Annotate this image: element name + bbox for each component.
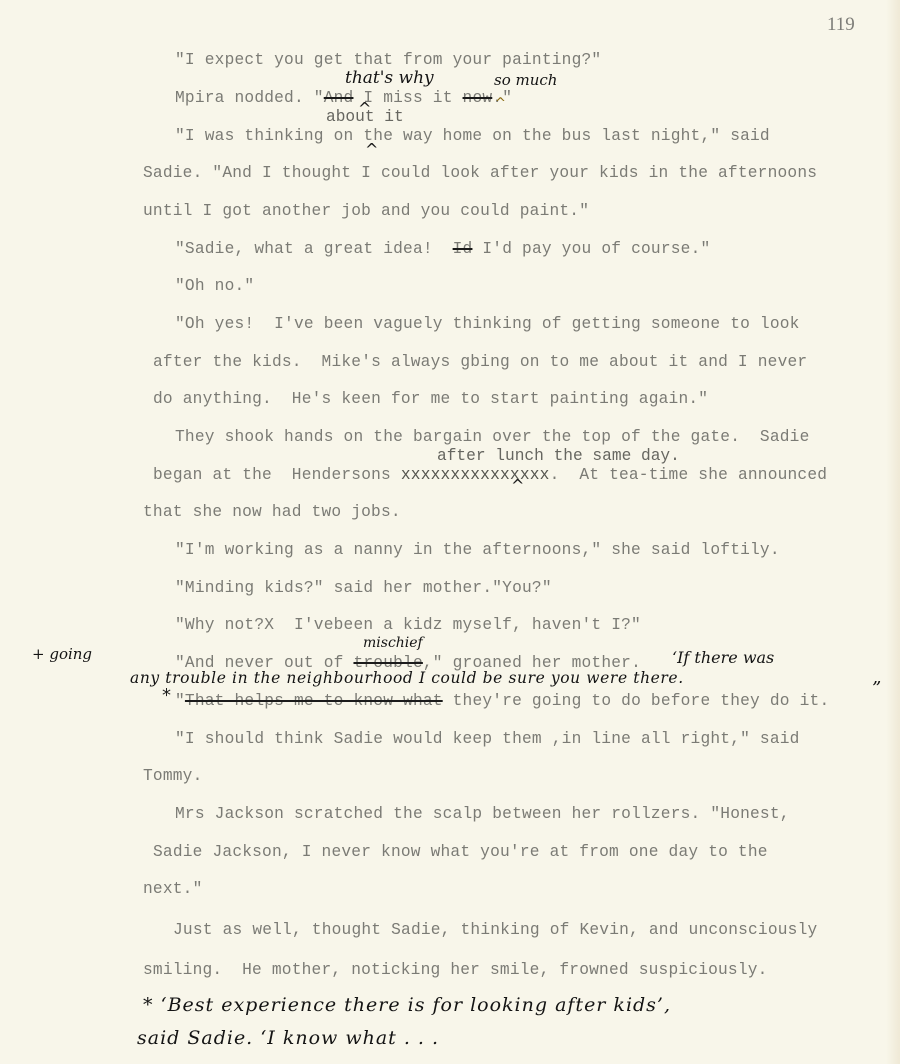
typed-line: Sadie Jackson, I never know what you're … — [153, 843, 768, 861]
typed-line: that she now had two jobs. — [143, 503, 401, 521]
struck-text: Id — [453, 240, 473, 258]
handwritten-insert-mischief: mischief — [363, 635, 423, 651]
typed-line: next." — [143, 880, 203, 898]
typed-line: "I'm working as a nanny in the afternoon… — [175, 541, 780, 559]
typed-line: They shook hands on the bargain over the… — [175, 428, 810, 446]
insertion-caret-icon: ^ — [511, 476, 524, 495]
typed-line: Tommy. — [143, 767, 203, 785]
page-edge-shadow — [886, 0, 900, 1064]
handwritten-insert-thats-why: that's why — [345, 68, 434, 88]
typed-line: "I was thinking on the way home on the b… — [175, 127, 770, 145]
struck-text: That helps me to know what — [185, 692, 443, 710]
asterisk-icon: * — [162, 685, 171, 706]
typed-insert-about-it: about it — [326, 108, 404, 126]
text-segment: Mpira nodded. " — [175, 89, 324, 107]
handwritten-insert-so-much: so much — [494, 71, 557, 89]
typed-line: Mrs Jackson scratched the scalp between … — [175, 805, 790, 823]
insertion-caret-icon: ^ — [365, 140, 378, 159]
typed-line: Mpira nodded. "And I miss it now." — [175, 89, 512, 107]
text-segment: "Sadie, what a great idea! — [175, 240, 453, 258]
typed-line: until I got another job and you could pa… — [143, 202, 589, 220]
typed-line: Sadie. "And I thought I could look after… — [143, 164, 817, 182]
handwritten-footer-line-2: said Sadie. ‘I know what . . . — [137, 1027, 439, 1049]
typed-line: smiling. He mother, noticking her smile,… — [143, 961, 768, 979]
text-segment: " — [175, 692, 185, 710]
text-segment: . At tea-time she announced — [550, 466, 828, 484]
text-segment: began at the Hendersons — [153, 466, 401, 484]
typed-insert-after-lunch: after lunch the same day. — [437, 447, 680, 465]
typed-line: "Sadie, what a great idea! Id I'd pay yo… — [175, 240, 710, 258]
page-number: 119 — [827, 14, 855, 36]
insertion-caret-icon: ^ — [495, 96, 506, 111]
handwritten-footer-line-1: * ‘Best experience there is for looking … — [143, 994, 671, 1016]
handwritten-insert-trouble-line: any trouble in the neighbourhood I could… — [130, 669, 684, 687]
text-segment: they're going to do before they do it. — [443, 692, 830, 710]
struck-text: now — [463, 89, 493, 107]
typed-line: "I should think Sadie would keep them ,i… — [175, 730, 800, 748]
text-segment: I'd pay you of course." — [472, 240, 710, 258]
struck-text: And — [324, 89, 354, 107]
handwritten-insert-if-there-was: ‘If there was — [672, 648, 774, 667]
typed-line: Just as well, thought Sadie, thinking of… — [173, 921, 817, 939]
typed-line: "Why not?X I'vebeen a kidz myself, haven… — [175, 616, 641, 634]
typed-line: "I expect you get that from your paintin… — [175, 51, 601, 69]
handwritten-margin-note: + going — [32, 645, 92, 663]
typed-line: do anything. He's keen for me to start p… — [153, 390, 708, 408]
typed-line: "Minding kids?" said her mother."You?" — [175, 579, 552, 597]
typed-line: "Oh yes! I've been vaguely thinking of g… — [175, 315, 800, 333]
handwritten-closing-quote: ” — [872, 678, 881, 699]
typed-line: after the kids. Mike's always gbing on t… — [153, 353, 807, 371]
typed-line: "Oh no." — [175, 277, 254, 295]
typed-line: "That helps me to know what they're goin… — [175, 692, 829, 710]
struck-text: xxxxxxxxxxxxxxx — [401, 466, 550, 484]
typed-line: began at the Hendersons xxxxxxxxxxxxxxx.… — [153, 466, 827, 484]
